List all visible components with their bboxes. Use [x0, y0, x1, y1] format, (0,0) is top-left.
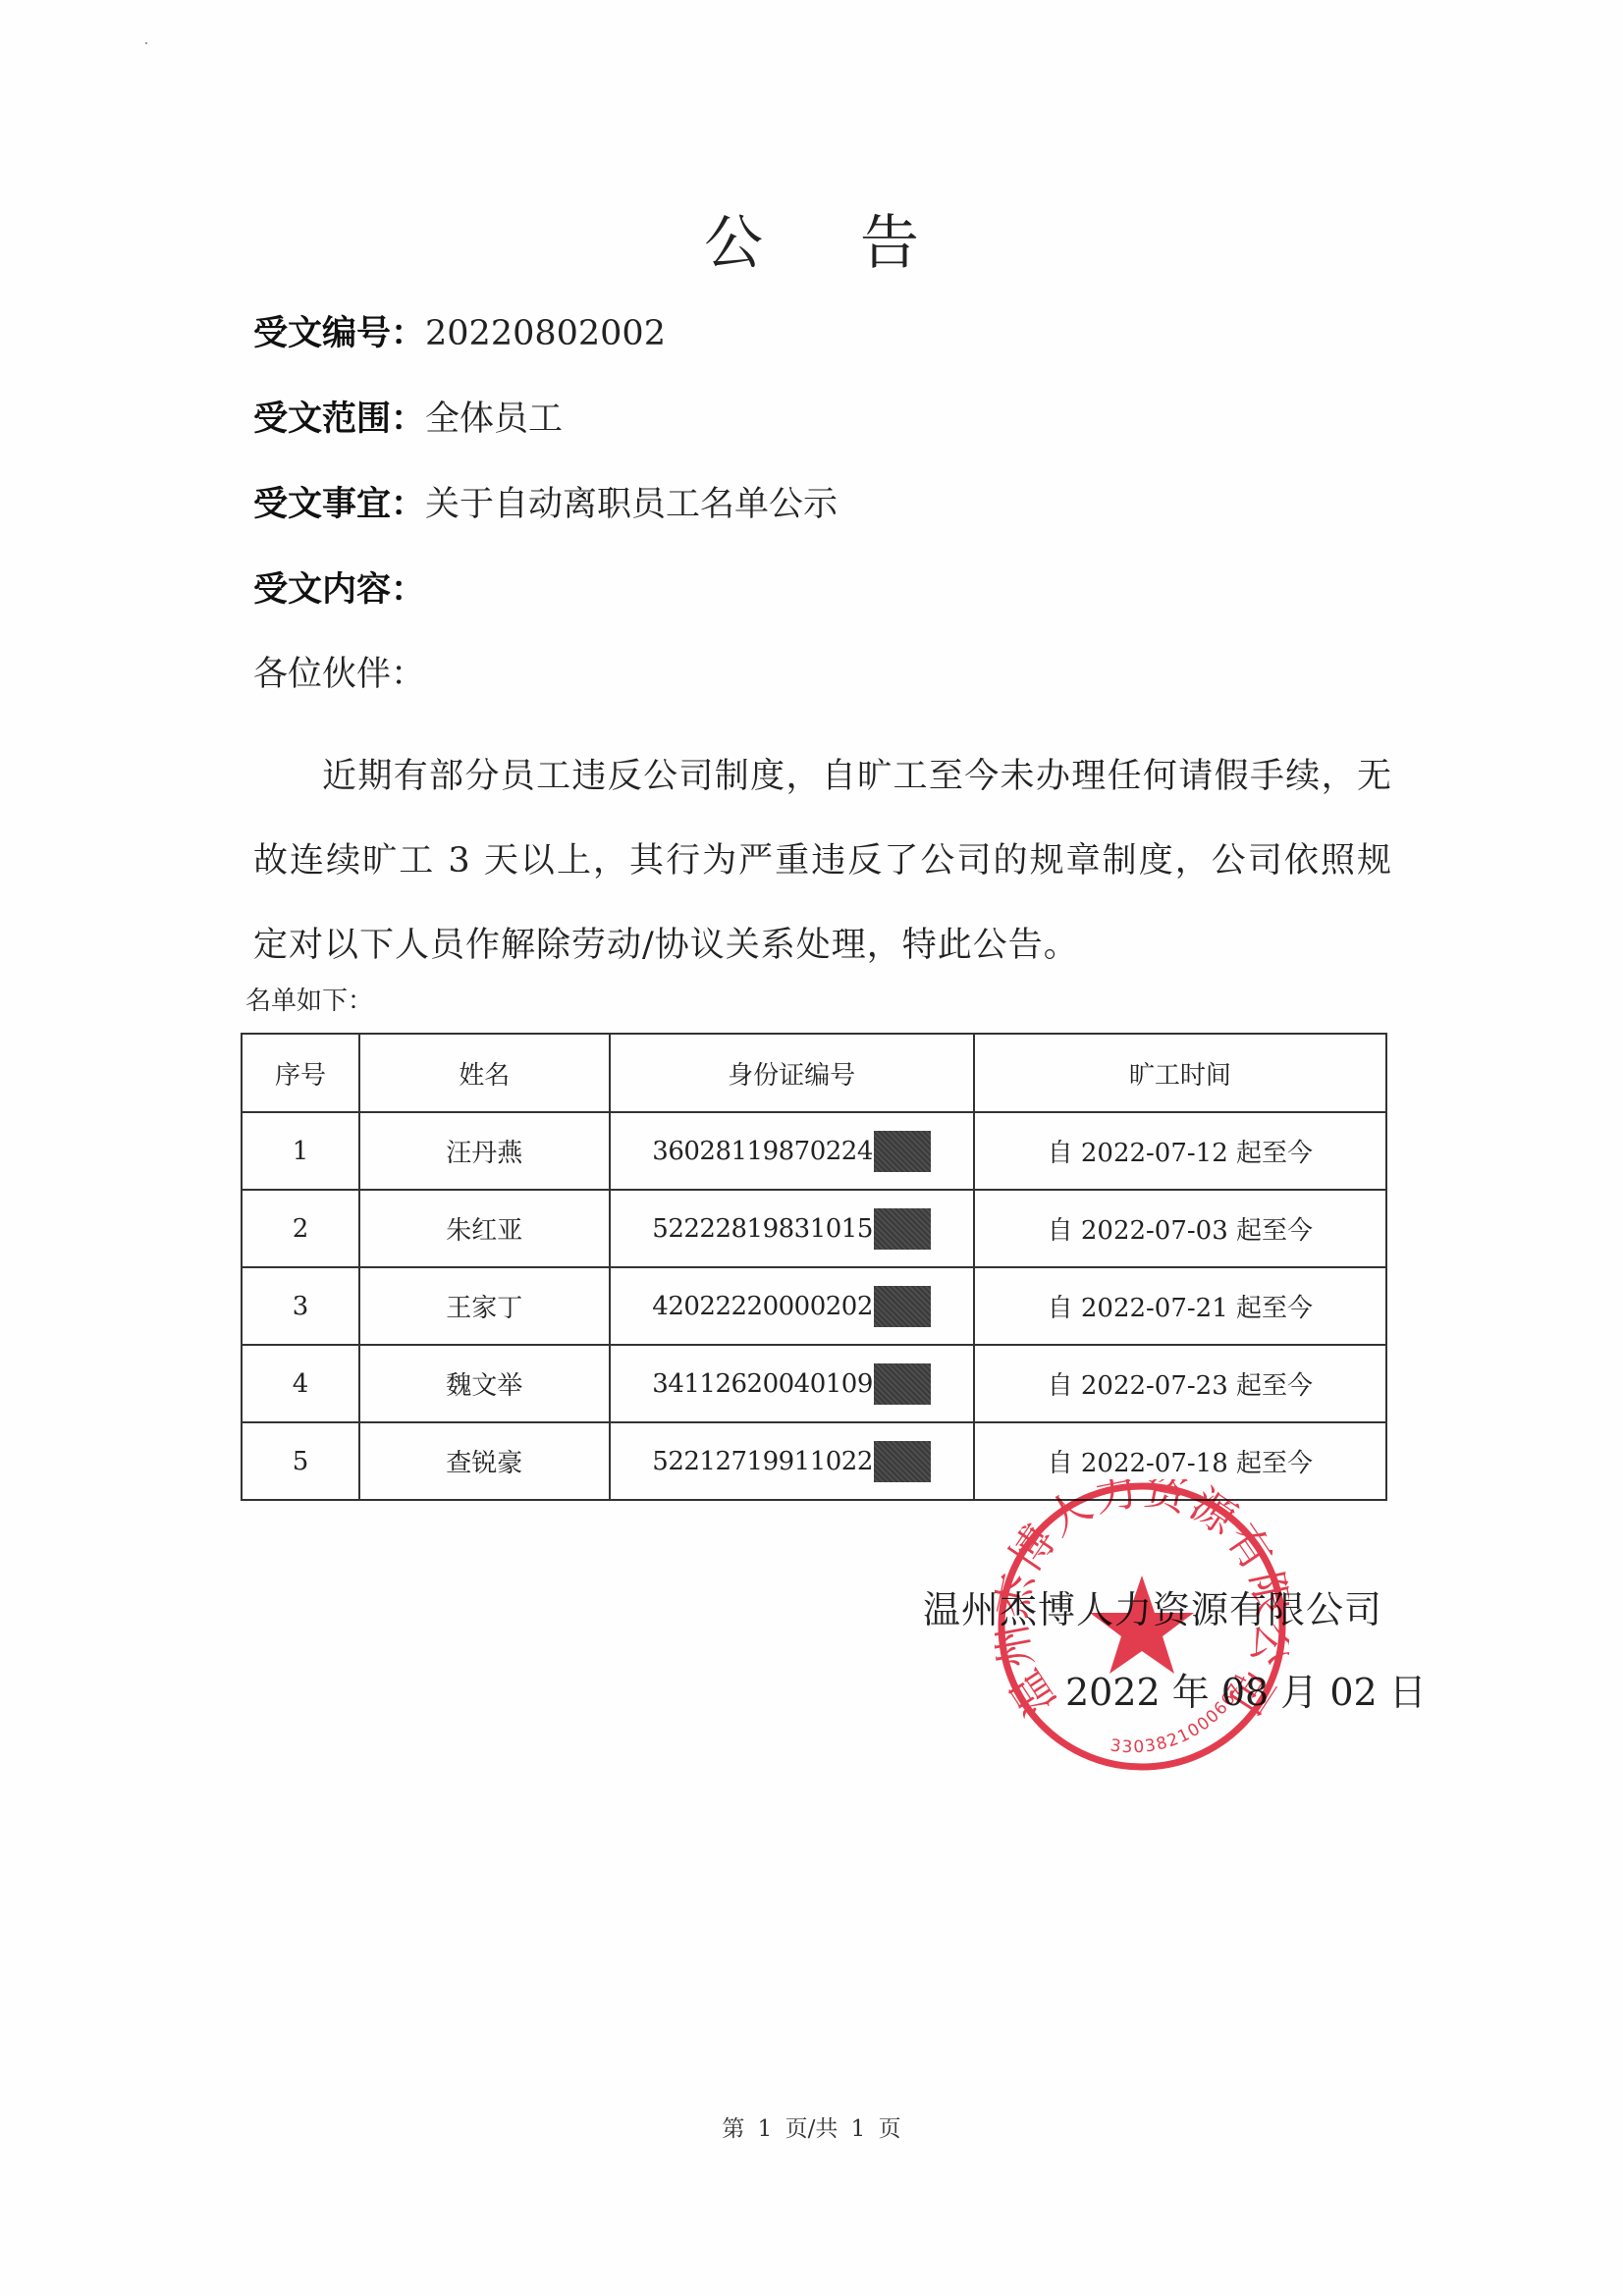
cell-no: 3 — [242, 1267, 359, 1345]
id-visible-digits: 42022220000202 — [652, 1292, 873, 1321]
field-value: 全体员工 — [425, 400, 563, 439]
table-row: 3 王家丁 42022220000202 自 2022-07-21 起至今 — [242, 1267, 1386, 1345]
seal-code: 33038210006674 — [1109, 1670, 1252, 1757]
cell-absence: 自 2022-07-12 起至今 — [974, 1112, 1386, 1190]
list-label: 名单如下： — [245, 985, 373, 1018]
page-number: 第 1 页/共 1 页 — [0, 2110, 1623, 2143]
svg-text:33038210006674: 33038210006674 — [1109, 1670, 1252, 1757]
cell-absence: 自 2022-07-23 起至今 — [974, 1345, 1386, 1422]
cell-no: 2 — [242, 1190, 359, 1267]
field-content: 受文内容： — [253, 568, 425, 612]
cell-id: 52212719911022 — [610, 1422, 974, 1500]
cell-no: 5 — [242, 1422, 359, 1500]
cell-id: 42022220000202 — [610, 1267, 974, 1345]
field-label: 受文内容： — [253, 570, 425, 610]
cell-id: 34112620040109 — [610, 1345, 974, 1422]
redaction-block — [874, 1208, 931, 1250]
field-scope: 受文范围：全体员工 — [253, 398, 563, 441]
document-page: 公 告 受文编号：20220802002 受文范围：全体员工 受文事宜：关于自动… — [0, 0, 1623, 2296]
id-visible-digits: 36028119870224 — [652, 1137, 873, 1166]
header-name: 姓名 — [359, 1034, 610, 1112]
cell-id: 36028119870224 — [610, 1112, 974, 1190]
redaction-block — [874, 1286, 931, 1327]
company-seal-icon: 温州杰博人力资源有限公司 33038210006674 — [995, 1479, 1289, 1774]
field-label: 受文编号： — [253, 314, 425, 353]
star-icon — [1090, 1575, 1194, 1674]
greeting: 各位伙伴： — [253, 653, 425, 696]
cell-no: 4 — [242, 1345, 359, 1422]
scan-speck — [145, 42, 147, 44]
cell-name: 查锐豪 — [359, 1422, 610, 1500]
field-value: 20220802002 — [425, 314, 666, 353]
redaction-block — [874, 1131, 931, 1172]
redaction-block — [874, 1363, 931, 1405]
id-visible-digits: 52212719911022 — [652, 1447, 873, 1476]
cell-name: 王家丁 — [359, 1267, 610, 1345]
table-row: 2 朱红亚 52222819831015 自 2022-07-03 起至今 — [242, 1190, 1386, 1267]
field-value: 关于自动离职员工名单公示 — [425, 485, 838, 524]
id-visible-digits: 34112620040109 — [652, 1369, 873, 1399]
cell-absence: 自 2022-07-21 起至今 — [974, 1267, 1386, 1345]
employee-table: 序号 姓名 身份证编号 旷工时间 1 汪丹燕 36028119870224 自 … — [241, 1033, 1387, 1501]
table-row: 1 汪丹燕 36028119870224 自 2022-07-12 起至今 — [242, 1112, 1386, 1190]
cell-name: 朱红亚 — [359, 1190, 610, 1267]
body-paragraph: 近期有部分员工违反公司制度，自旷工至今未办理任何请假手续，无故连续旷工 3 天以… — [253, 734, 1392, 988]
redaction-block — [874, 1441, 931, 1482]
id-visible-digits: 52222819831015 — [652, 1214, 873, 1244]
document-title: 公 告 — [0, 204, 1623, 283]
field-label: 受文范围： — [253, 400, 425, 439]
header-no: 序号 — [242, 1034, 359, 1112]
cell-name: 汪丹燕 — [359, 1112, 610, 1190]
cell-no: 1 — [242, 1112, 359, 1190]
field-label: 受文事宜： — [253, 485, 425, 524]
table-header-row: 序号 姓名 身份证编号 旷工时间 — [242, 1034, 1386, 1112]
header-id-number: 身份证编号 — [610, 1034, 974, 1112]
header-absence-time: 旷工时间 — [974, 1034, 1386, 1112]
cell-name: 魏文举 — [359, 1345, 610, 1422]
cell-absence: 自 2022-07-03 起至今 — [974, 1190, 1386, 1267]
field-subject: 受文事宜：关于自动离职员工名单公示 — [253, 483, 838, 526]
field-document-number: 受文编号：20220802002 — [253, 312, 666, 355]
table-row: 4 魏文举 34112620040109 自 2022-07-23 起至今 — [242, 1345, 1386, 1422]
cell-id: 52222819831015 — [610, 1190, 974, 1267]
